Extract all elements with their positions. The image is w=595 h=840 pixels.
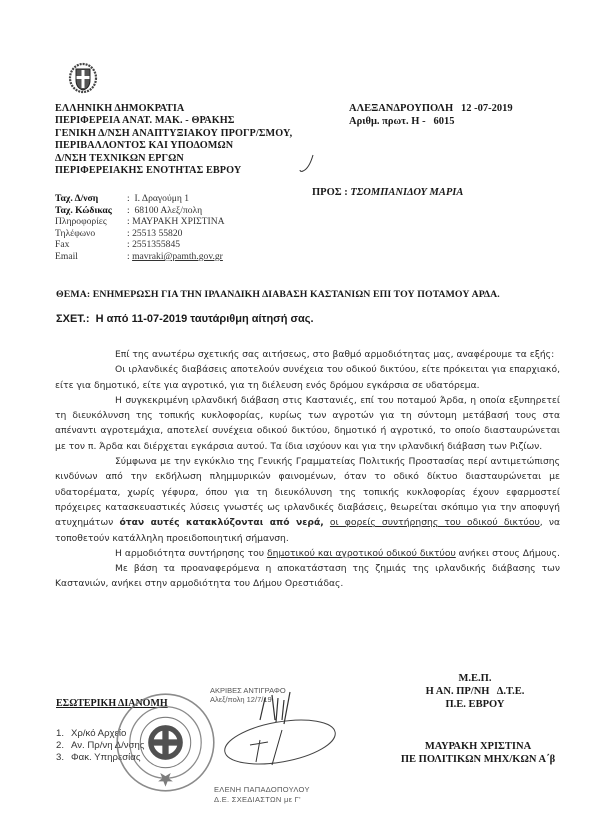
document-meta: ΑΛΕΞΑΝΔΡΟΥΠΟΛΗ 12 -07-2019 Αριθμ. πρωτ. … bbox=[349, 103, 513, 129]
signatory-name: ΜΑΥΡΑΚΗ ΧΡΙΣΤΙΝΑ bbox=[383, 740, 573, 753]
letter-body: Επί της ανωτέρω σχετικής σας αιτήσεως, σ… bbox=[55, 347, 560, 592]
recipient-name: ΤΣΟΜΠΑΝΙΔΟΥ ΜΑΡΙΑ bbox=[350, 187, 463, 198]
contact-value: : 68100 Αλεξ/πολη bbox=[127, 205, 202, 217]
contact-value: : ΜΑΥΡΑΚΗ ΧΡΙΣΤΙΝΑ bbox=[127, 216, 225, 228]
contact-row-phone: Τηλέφωνο : 25513 55820 bbox=[55, 228, 225, 240]
authority-line: ΕΛΛΗΝΙΚΗ ΔΗΜΟΚΡΑΤΙΑ bbox=[55, 103, 292, 115]
signature-line: Η ΑΝ. ΠΡ/ΝΗ Δ.Τ.Ε. bbox=[390, 685, 560, 698]
body-emphasis: όταν αυτές κατακλύζονται από νερά, bbox=[119, 517, 323, 528]
signer-line: Δ.Ε. ΣΧΕΔΙΑΣΤΩΝ με Γ' bbox=[214, 795, 310, 805]
contact-row-postcode: Ταχ. Κώδικας : 68100 Αλεξ/πολη bbox=[55, 205, 225, 217]
subject-line: ΘΕΜΑ: ΕΝΗΜΕΡΩΣΗ ΓΙΑ ΤΗΝ ΙΡΛΑΝΔΙΚΗ ΔΙΑΒΑΣ… bbox=[56, 289, 500, 300]
signatory: ΜΑΥΡΑΚΗ ΧΡΙΣΤΙΝΑ ΠΕ ΠΟΛΙΤΙΚΩΝ ΜΗΧ/ΚΩΝ Α΄… bbox=[383, 740, 573, 766]
contact-label: Τηλέφωνο bbox=[55, 228, 127, 240]
contact-value: : 25513 55820 bbox=[127, 228, 182, 240]
official-seal-stamp bbox=[113, 690, 218, 795]
contact-label: Fax bbox=[55, 239, 127, 251]
contact-value: : 2551355845 bbox=[127, 239, 180, 251]
handwritten-tick-mark bbox=[299, 154, 315, 174]
contact-label: Ταχ. Δ/νση bbox=[55, 193, 127, 205]
contact-row-email: Email : mavraki@pamth.gov.gr bbox=[55, 251, 225, 263]
signer-line: ΕΛΕΝΗ ΠΑΠΑΔΟΠΟΥΛΟΥ bbox=[214, 785, 310, 795]
authority-line: ΠΕΡΙΒΑΛΛΟΝΤΟΣ ΚΑΙ ΥΠΟΔΟΜΩΝ bbox=[55, 140, 292, 152]
body-paragraph: Επί της ανωτέρω σχετικής σας αιτήσεως, σ… bbox=[55, 347, 560, 362]
contact-label: Πληροφορίες bbox=[55, 216, 127, 228]
body-paragraph: Σύμφωνα με την εγκύκλιο της Γενικής Γραμ… bbox=[55, 454, 560, 546]
signature-authority: Μ.Ε.Π. Η ΑΝ. ΠΡ/ΝΗ Δ.Τ.Ε. Π.Ε. ΕΒΡΟΥ bbox=[390, 672, 560, 711]
authority-line: ΠΕΡΙΦΕΡΕΙΑΚΗΣ ΕΝΟΤΗΤΑΣ ΕΒΡΟΥ bbox=[55, 165, 292, 177]
recipient: ΠΡΟΣ : ΤΣΟΜΠΑΝΙΔΟΥ ΜΑΡΙΑ bbox=[312, 187, 463, 198]
issuing-authority: ΕΛΛΗΝΙΚΗ ΔΗΜΟΚΡΑΤΙΑ ΠΕΡΙΦΕΡΕΙΑ ΑΝΑΤ. ΜΑΚ… bbox=[55, 103, 292, 177]
contact-block: Ταχ. Δ/νση : Ι. Δραγούμη 1 Ταχ. Κώδικας … bbox=[55, 193, 225, 263]
body-paragraph: Με βάση τα προαναφερόμενα η αποκατάσταση… bbox=[55, 561, 560, 592]
copy-signer: ΕΛΕΝΗ ΠΑΠΑΔΟΠΟΥΛΟΥ Δ.Ε. ΣΧΕΔΙΑΣΤΩΝ με Γ' bbox=[214, 785, 310, 805]
contact-row-fax: Fax : 2551355845 bbox=[55, 239, 225, 251]
body-underline: οι φορείς συντήρησης του οδικού δικτύου bbox=[330, 517, 540, 528]
contact-label: Ταχ. Κώδικας bbox=[55, 205, 127, 217]
recipient-prefix: ΠΡΟΣ : bbox=[312, 187, 350, 198]
body-text: Η αρμοδιότητα συντήρησης του bbox=[115, 548, 267, 559]
body-paragraph: Η συγκεκριμένη ιρλανδική διάβαση στις Κα… bbox=[55, 393, 560, 454]
signature-line: Μ.Ε.Π. bbox=[390, 672, 560, 685]
place-date: ΑΛΕΞΑΝΔΡΟΥΠΟΛΗ 12 -07-2019 bbox=[349, 103, 513, 116]
contact-label: Email bbox=[55, 251, 127, 263]
protocol-number: Αριθμ. πρωτ. Η - 6015 bbox=[349, 116, 513, 129]
authority-line: ΓΕΝΙΚΗ Δ/ΝΣΗ ΑΝΑΠΤΥΞΙΑΚΟΥ ΠΡΟΓΡ/ΣΜΟΥ, bbox=[55, 128, 292, 140]
contact-row-address: Ταχ. Δ/νση : Ι. Δραγούμη 1 bbox=[55, 193, 225, 205]
contact-row-info: Πληροφορίες : ΜΑΥΡΑΚΗ ΧΡΙΣΤΙΝΑ bbox=[55, 216, 225, 228]
body-underline: δημοτικού και αγροτικού οδικού δικτύου bbox=[267, 548, 456, 559]
reference-line: ΣΧΕΤ.: Η από 11-07-2019 ταυτάριθμη αίτησ… bbox=[56, 313, 314, 325]
body-paragraph: Οι ιρλανδικές διαβάσεις αποτελούν συνέχε… bbox=[55, 362, 560, 393]
greek-coat-of-arms-icon bbox=[68, 62, 98, 94]
authority-line: Δ/ΝΣΗ ΤΕΧΝΙΚΩΝ ΕΡΓΩΝ bbox=[55, 153, 292, 165]
authority-line: ΠΕΡΙΦΕΡΕΙΑ ΑΝΑΤ. ΜΑΚ. - ΘΡΑΚΗΣ bbox=[55, 115, 292, 127]
body-paragraph: Η αρμοδιότητα συντήρησης του δημοτικού κ… bbox=[55, 546, 560, 561]
signatory-title: ΠΕ ΠΟΛΙΤΙΚΩΝ ΜΗΧ/ΚΩΝ Α΄β bbox=[383, 753, 573, 766]
handwritten-signature bbox=[220, 690, 345, 775]
signature-line: Π.Ε. ΕΒΡΟΥ bbox=[390, 698, 560, 711]
body-text: ανήκει στους Δήμους. bbox=[456, 548, 560, 559]
email-link[interactable]: mavraki@pamth.gov.gr bbox=[132, 251, 223, 263]
contact-value: : Ι. Δραγούμη 1 bbox=[127, 193, 189, 205]
